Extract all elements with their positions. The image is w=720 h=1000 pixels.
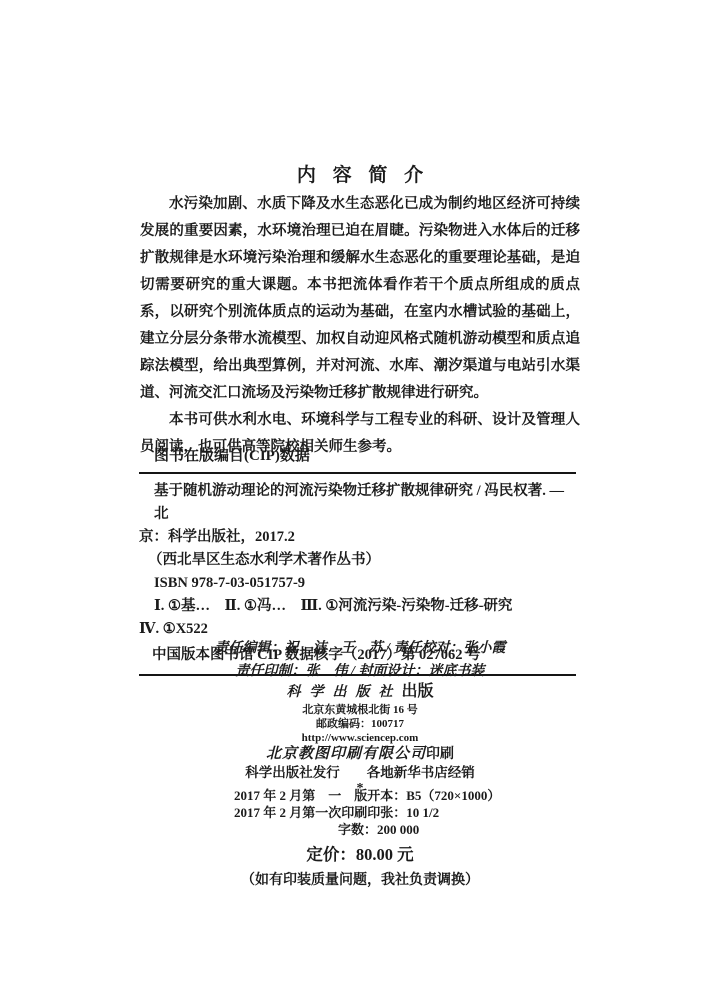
press-address: 北京东黄城根北街 16 号: [0, 703, 720, 717]
press-line: 科学出版社出版: [0, 681, 720, 703]
printer-suffix: 印刷: [426, 747, 454, 762]
edition-date: 2017 年 2 月第 一 版: [234, 787, 367, 804]
content-summary: 水污染加剧、水质下降及水生态恶化已成为制约地区经济可持续发展的重要因素，水环境治…: [140, 191, 580, 461]
quality-note: （如有印装质量问题，我社负责调换）: [0, 869, 720, 889]
cip-entry-line-2: 京：科学出版社，2017.2: [139, 526, 576, 549]
book-copyright-page: 内 容 简 介 水污染加剧、水质下降及水生态恶化已成为制约地区经济可持续发展的重…: [0, 0, 720, 1000]
credits-line-editors: 责任编辑：祝 洁 王 苏 / 责任校对：张小霞: [0, 637, 720, 660]
price-line: 定价：80.00 元: [0, 841, 720, 865]
cip-entry: 基于随机游动理论的河流污染物迁移扩散规律研究 / 冯民权著. —北 京：科学出版…: [139, 474, 576, 641]
word-count: 字数：200 000: [234, 821, 480, 838]
printer-line: 北京教图印刷有限公司印刷: [0, 745, 720, 764]
cip-heading: 图书在版编目(CIP)数据: [139, 444, 576, 474]
cip-classification-line-1: Ⅰ. ①基… Ⅱ. ①冯… Ⅲ. ①河流污染-污染物-迁移-研究: [139, 595, 576, 618]
cip-series: （西北旱区生态水利学术著作丛书）: [139, 549, 576, 572]
cip-isbn: ISBN 978-7-03-051757-9: [139, 572, 576, 595]
press-logo-text: 科学出版社: [286, 685, 401, 700]
cip-entry-line-1: 基于随机游动理论的河流污染物迁移扩散规律研究 / 冯民权著. —北: [139, 480, 576, 526]
credits-line-printing-design: 责任印制：张 伟 / 封面设计：迷底书装: [0, 660, 720, 683]
sheet-count: 印张：10 1/2: [367, 804, 480, 821]
impression-row: 2017 年 2 月第一次印刷 印张：10 1/2: [234, 804, 480, 821]
publisher-block: 科学出版社出版 北京东黄城根北街 16 号 邮政编码：100717 http:/…: [0, 681, 720, 796]
distribution-line: 科学出版社发行 各地新华书店经销: [0, 764, 720, 782]
press-suffix: 出版: [401, 683, 433, 700]
edition-row: 2017 年 2 月第 一 版 开本：B5（720×1000）: [234, 787, 480, 804]
press-url: http://www.sciencep.com: [0, 731, 720, 745]
summary-paragraph-1: 水污染加剧、水质下降及水生态恶化已成为制约地区经济可持续发展的重要因素，水环境治…: [140, 191, 580, 407]
printer-name: 北京教图印刷有限公司: [266, 746, 426, 762]
format-spec: 开本：B5（720×1000）: [367, 787, 487, 804]
press-postcode: 邮政编码：100717: [0, 717, 720, 731]
page-title: 内 容 简 介: [0, 160, 720, 187]
staff-credits: 责任编辑：祝 洁 王 苏 / 责任校对：张小霞 责任印制：张 伟 / 封面设计：…: [0, 637, 720, 683]
print-run-block: 2017 年 2 月第 一 版 开本：B5（720×1000） 2017 年 2…: [234, 787, 480, 838]
impression-date: 2017 年 2 月第一次印刷: [234, 804, 367, 821]
